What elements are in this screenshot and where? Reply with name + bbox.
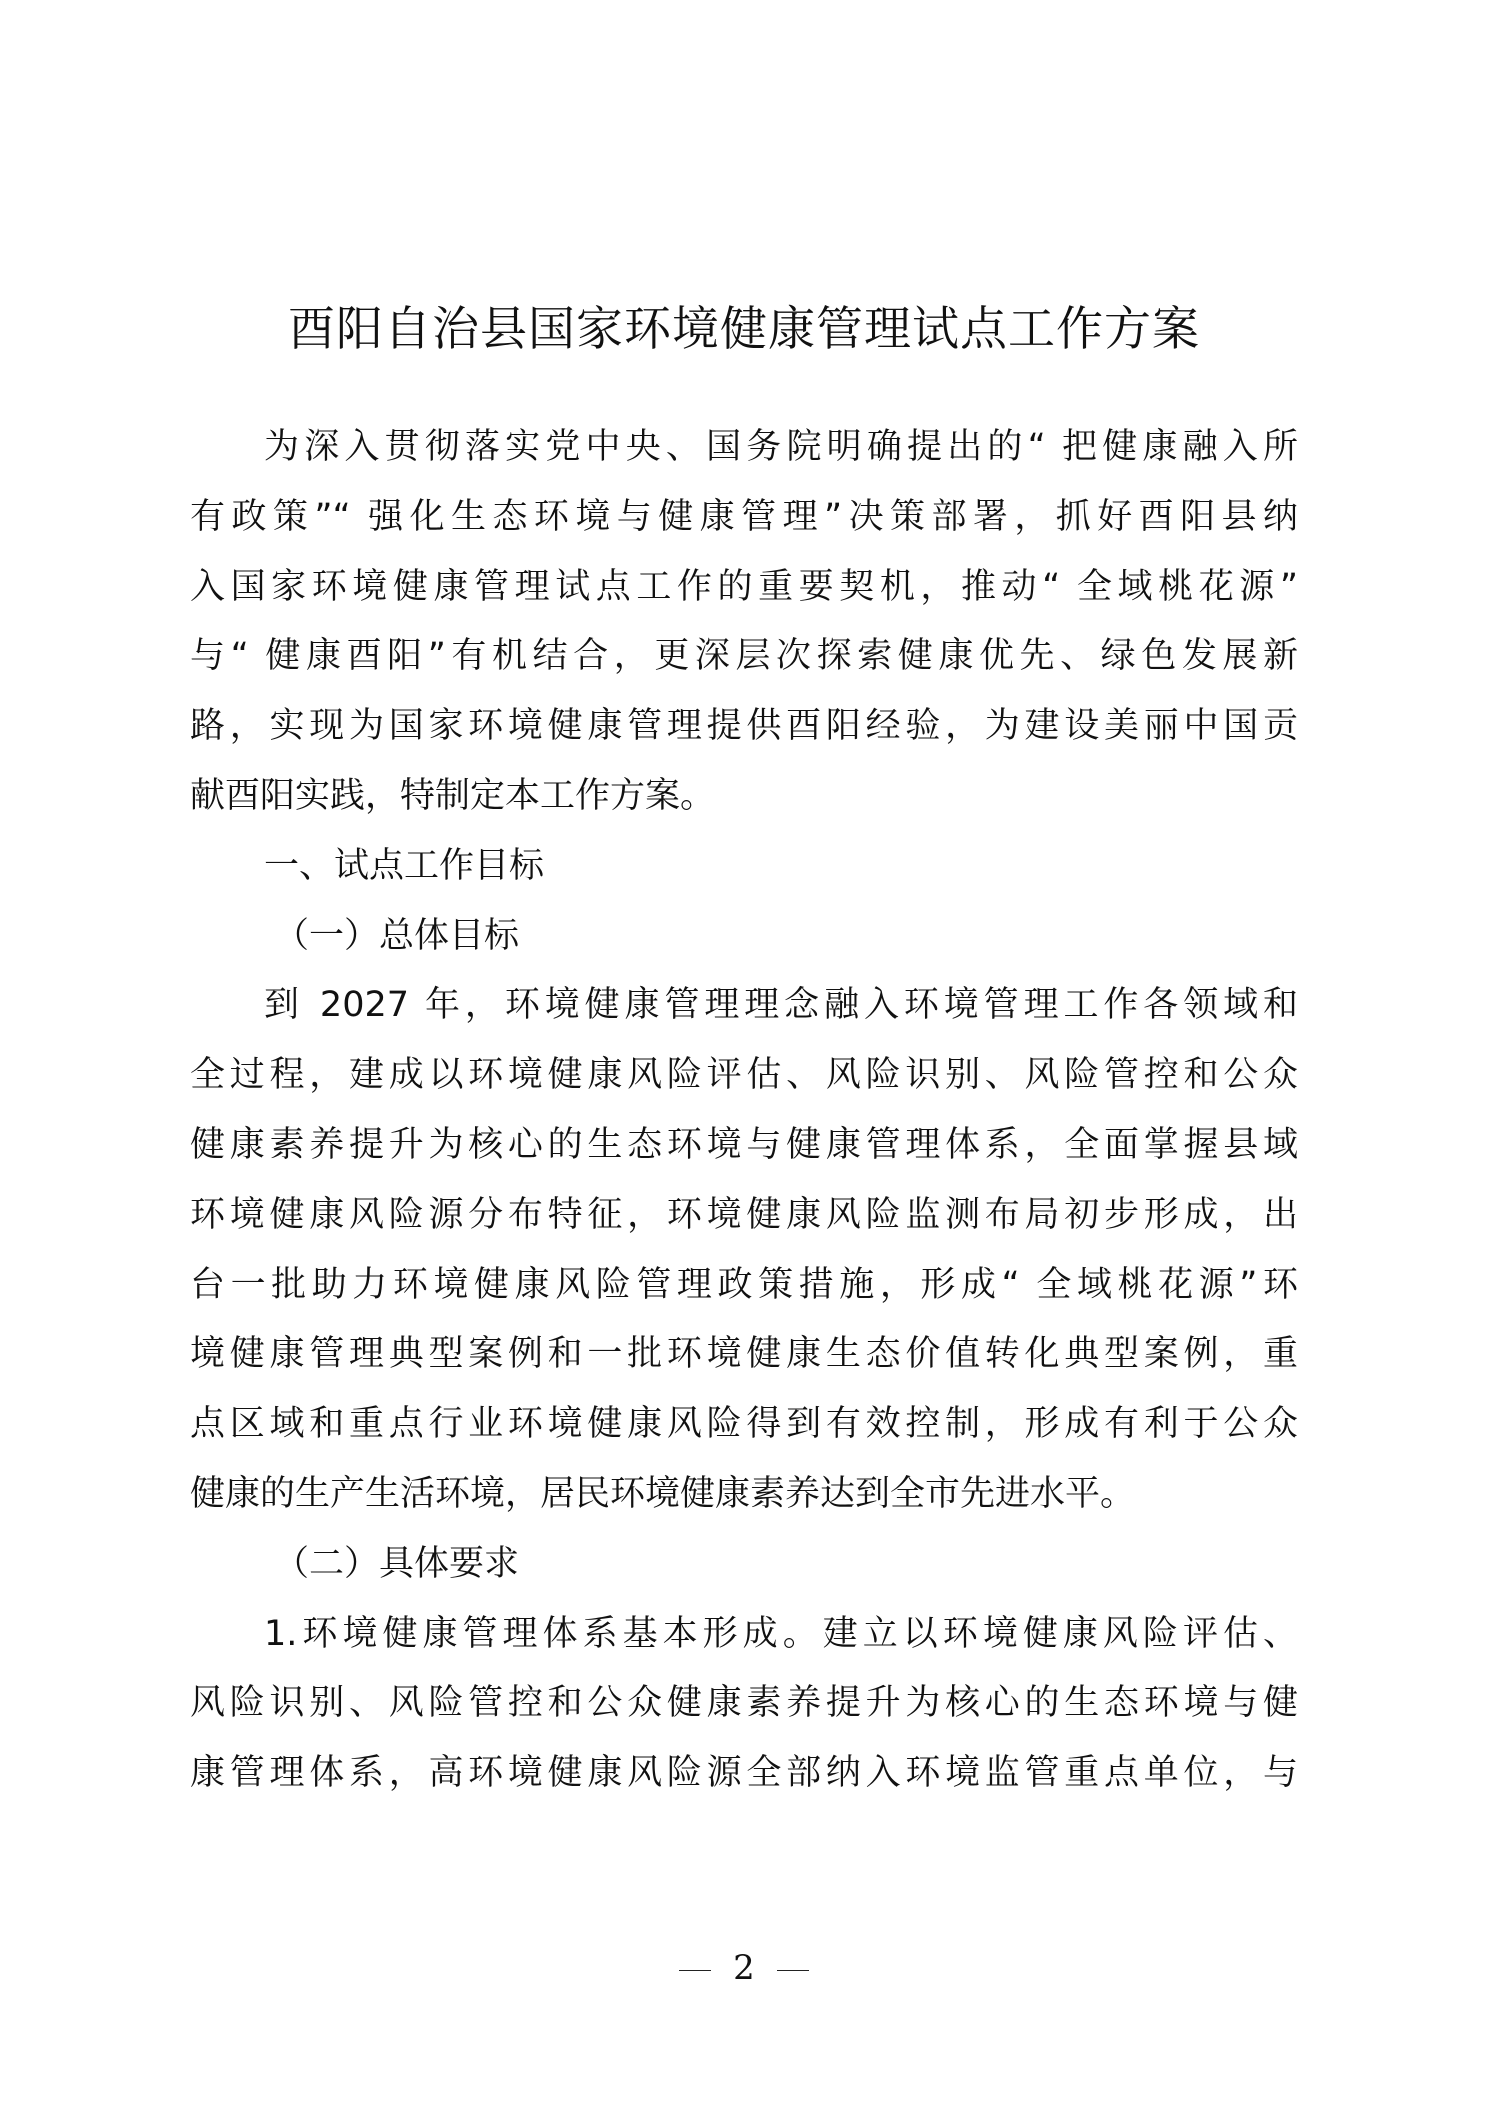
page-number-value: 2 (733, 1948, 755, 1988)
paragraph-intro-line-3: 入国家环境健康管理试点工作的重要契机，推动“ 全域桃花源” (190, 552, 1298, 622)
paragraph-goal-line-4: 环境健康风险源分布特征，环境健康风险监测布局初步形成，出 (190, 1180, 1298, 1250)
paragraph-intro-line-4: 与“ 健康酉阳”有机结合，更深层次探索健康优先、绿色发展新 (190, 621, 1298, 691)
paragraph-goal-line-8: 健康的生产生活环境，居民环境健康素养达到全市先进水平。 (190, 1459, 1298, 1529)
paragraph-req-line-3: 康管理体系，高环境健康风险源全部纳入环境监管重点单位，与 (190, 1738, 1298, 1808)
paragraph-goal-line-7: 点区域和重点行业环境健康风险得到有效控制，形成有利于公众 (190, 1389, 1298, 1459)
paragraph-goal-line-6: 境健康管理典型案例和一批环境健康生态价值转化典型案例，重 (190, 1319, 1298, 1389)
paragraph-intro-line-1: 为深入贯彻落实党中央、国务院明确提出的“ 把健康融入所 (190, 412, 1298, 482)
paragraph-intro-line-2: 有政策”“ 强化生态环境与健康管理”决策部署，抓好酉阳县纳 (190, 482, 1298, 552)
paragraph-req-line-1: 1.环境健康管理体系基本形成。建立以环境健康风险评估、 (190, 1599, 1298, 1669)
paragraph-intro-line-5: 路，实现为国家环境健康管理提供酉阳经验，为建设美丽中国贡 (190, 691, 1298, 761)
paragraph-req-line-2: 风险识别、风险管控和公众健康素养提升为核心的生态环境与健 (190, 1668, 1298, 1738)
paragraph-goal-line-5: 台一批助力环境健康风险管理政策措施，形成“ 全域桃花源”环 (190, 1250, 1298, 1320)
page-number-dash-right (777, 1970, 809, 1971)
section-heading-1: 一、试点工作目标 (190, 831, 1298, 901)
page-number: 2 (0, 1948, 1488, 1988)
paragraph-goal-line-1: 到 2027 年，环境健康管理理念融入环境管理工作各领域和 (190, 970, 1298, 1040)
subsection-heading-2: （二）具体要求 (190, 1529, 1308, 1599)
paragraph-goal-line-3: 健康素养提升为核心的生态环境与健康管理体系，全面掌握县域 (190, 1110, 1298, 1180)
paragraph-intro-line-6: 献酉阳实践，特制定本工作方案。 (190, 761, 1298, 831)
paragraph-goal-line-2: 全过程，建成以环境健康风险评估、风险识别、风险管控和公众 (190, 1040, 1298, 1110)
page-number-dash-left (679, 1970, 711, 1971)
subsection-heading-1: （一）总体目标 (190, 901, 1308, 971)
document-title: 酉阳自治县国家环境健康管理试点工作方案 (0, 300, 1488, 360)
